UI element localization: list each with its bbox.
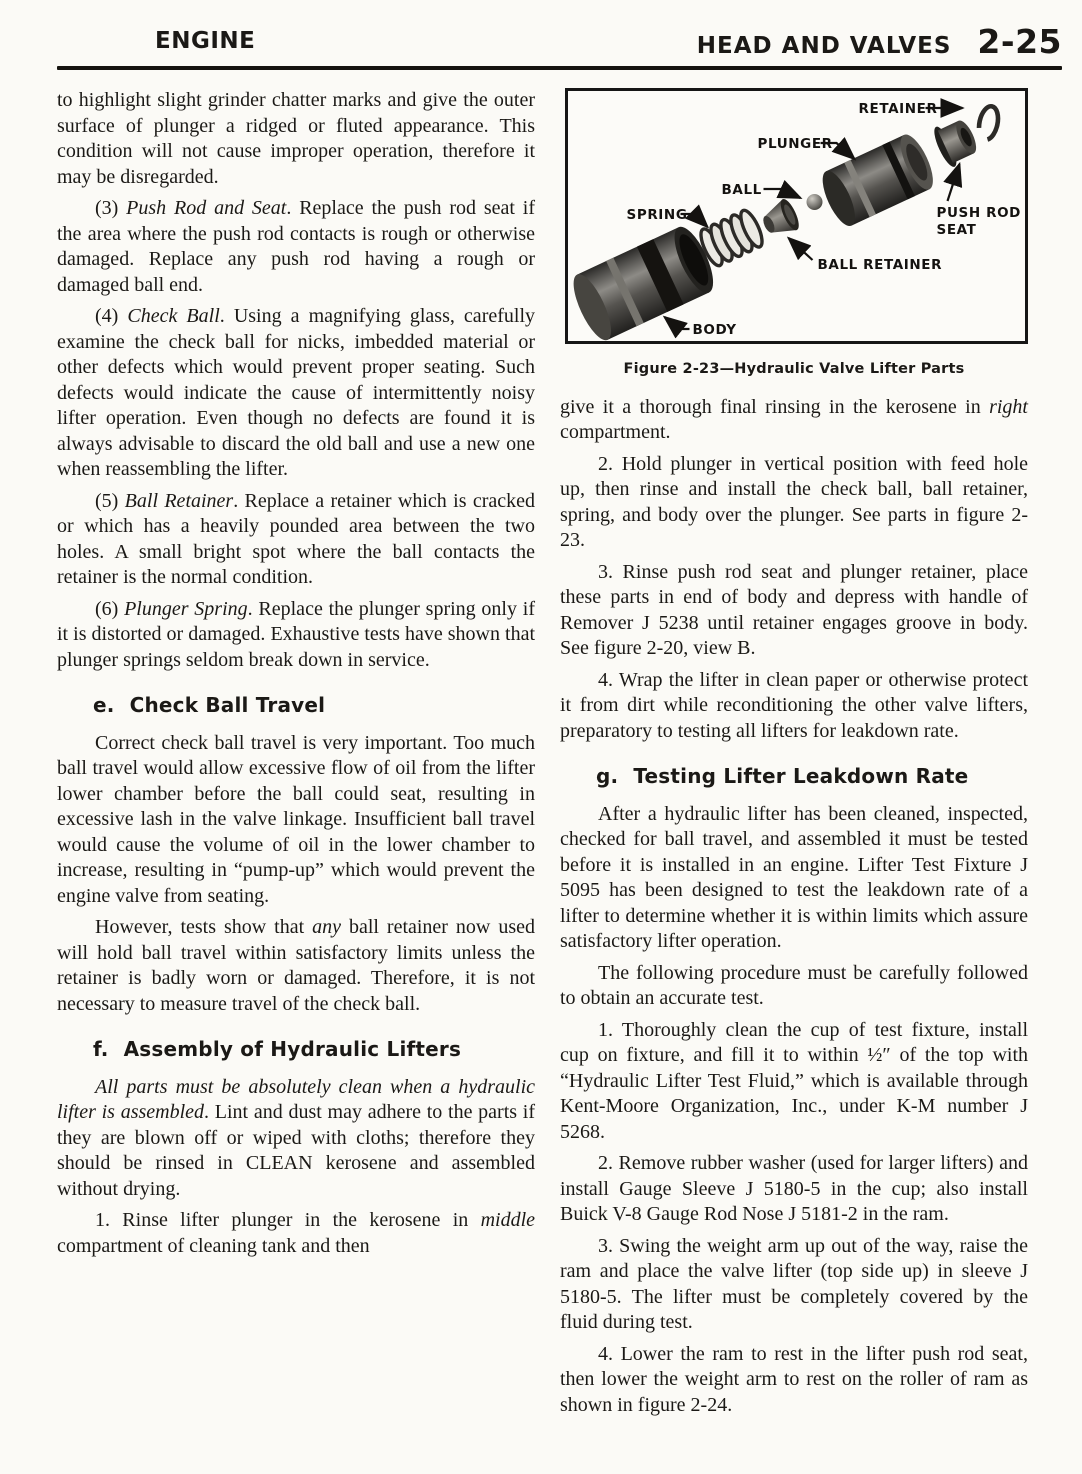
push-rod-seat-part <box>930 114 982 169</box>
header-section-title: ENGINE <box>155 28 255 54</box>
figure-label-seat: SEAT <box>937 222 977 238</box>
paragraph: 4. Lower the ram to rest in the lifter p… <box>560 1342 1028 1419</box>
push-rod-seat-leader-line <box>948 164 960 201</box>
text-run: compartment of cleaning tank and then <box>57 1235 370 1257</box>
section-title: Check Ball Travel <box>130 693 326 717</box>
section-letter: f. <box>93 1037 109 1061</box>
paragraph: 1. Rinse lifter plunger in the kerosene … <box>57 1208 535 1259</box>
figure-label-push-rod: PUSH ROD <box>937 205 1021 221</box>
section-heading: g.Testing Lifter Leakdown Rate <box>596 764 1028 790</box>
figure-label-ball-retainer: BALL RETAINER <box>818 257 943 273</box>
paragraph: give it a thorough final rinsing in the … <box>560 395 1028 446</box>
text-run: to highlight slight grinder chatter mark… <box>57 89 535 188</box>
ball-leader-line <box>764 189 801 198</box>
text-run: (4) <box>95 305 127 327</box>
section-heading: f.Assembly of Hydraulic Lifters <box>93 1037 535 1063</box>
text-run: 2. Remove rubber washer (used for larger… <box>560 1152 1028 1225</box>
paragraph: However, tests show that any ball retain… <box>57 915 535 1017</box>
text-run: (3) <box>95 197 126 219</box>
paragraph: Correct check ball travel is very import… <box>57 731 535 910</box>
paragraph: (3) Push Rod and Seat. Replace the push … <box>57 196 535 298</box>
section-letter: e. <box>93 693 115 717</box>
paragraph: to highlight slight grinder chatter mark… <box>57 88 535 190</box>
right-column-text: give it a thorough final rinsing in the … <box>560 395 1028 1419</box>
paragraph: After a hydraulic lifter has been cleane… <box>560 802 1028 955</box>
text-run: 3. Rinse push rod seat and plunger retai… <box>560 561 1028 660</box>
text-run: However, tests show that <box>95 916 312 938</box>
text-run: (6) <box>95 598 124 620</box>
paragraph: (4) Check Ball. Using a magnifying glass… <box>57 304 535 483</box>
figure-label-spring: SPRING <box>627 207 688 223</box>
text-run: After a hydraulic lifter has been cleane… <box>560 803 1028 953</box>
italic-run: Plunger Spring <box>124 598 248 620</box>
header-page-number: 2-25 <box>977 22 1062 61</box>
text-run: The following procedure must be carefull… <box>560 962 1028 1010</box>
text-run: 4. Lower the ram to rest in the lifter p… <box>560 1343 1028 1416</box>
header-chapter-title: HEAD AND VALVES <box>697 33 952 59</box>
figure-label-ball: BALL <box>722 182 762 198</box>
paragraph: All parts must be absolutely clean when … <box>57 1075 535 1203</box>
italic-run: right <box>989 396 1028 418</box>
paragraph: The following procedure must be carefull… <box>560 961 1028 1012</box>
italic-run: middle <box>481 1209 535 1231</box>
plunger-part <box>816 130 939 230</box>
italic-run: Check Ball <box>127 305 219 327</box>
figure-2-23: RETAINER PLUNGER BALL SPRING PUSH ROD SE… <box>565 88 1028 344</box>
section-letter: g. <box>596 764 618 788</box>
figure-illustration: RETAINER PLUNGER BALL SPRING PUSH ROD SE… <box>568 91 1025 341</box>
text-run: . Using a magnifying glass, carefully ex… <box>57 305 535 480</box>
retainer-ring-part <box>976 105 1001 142</box>
text-run: (5) <box>95 490 125 512</box>
ball-retainer-part <box>758 197 803 242</box>
section-title: Testing Lifter Leakdown Rate <box>633 764 968 788</box>
ball-part <box>807 194 823 210</box>
figure-label-body: BODY <box>693 322 737 338</box>
left-column: to highlight slight grinder chatter mark… <box>57 88 535 1265</box>
paragraph: 2. Hold plunger in vertical position wit… <box>560 452 1028 554</box>
text-run: 3. Swing the weight arm up out of the wa… <box>560 1235 1028 1334</box>
italic-run: Push Rod and Seat <box>126 197 286 219</box>
paragraph: 2. Remove rubber washer (used for larger… <box>560 1151 1028 1228</box>
paragraph: (6) Plunger Spring. Replace the plunger … <box>57 597 535 674</box>
section-heading: e.Check Ball Travel <box>93 693 535 719</box>
text-run: 1. Rinse lifter plunger in the kerosene … <box>95 1209 481 1231</box>
text-run: 2. Hold plunger in vertical position wit… <box>560 453 1028 552</box>
right-column: RETAINER PLUNGER BALL SPRING PUSH ROD SE… <box>560 88 1028 1424</box>
paragraph: 3. Swing the weight arm up out of the wa… <box>560 1234 1028 1336</box>
ball-retainer-leader-line <box>789 238 813 260</box>
text-run: 4. Wrap the lifter in clean paper or oth… <box>560 669 1028 742</box>
text-run: give it a thorough final rinsing in the … <box>560 396 989 418</box>
figure-label-plunger: PLUNGER <box>758 136 833 152</box>
figure-label-retainer: RETAINER <box>859 101 938 117</box>
paragraph: 1. Thoroughly clean the cup of test fixt… <box>560 1018 1028 1146</box>
paragraph: 3. Rinse push rod seat and plunger retai… <box>560 560 1028 662</box>
header-rule <box>57 66 1062 70</box>
text-run: Correct check ball travel is very import… <box>57 732 535 907</box>
manual-page: ENGINE HEAD AND VALVES 2-25 to highlight… <box>0 0 1082 1474</box>
text-run: compartment. <box>560 421 671 443</box>
header-right-group: HEAD AND VALVES 2-25 <box>697 22 1062 61</box>
italic-run: Ball Retainer <box>125 490 234 512</box>
section-title: Assembly of Hydraulic Lifters <box>124 1037 461 1061</box>
body-leader-line <box>665 317 690 329</box>
text-run: 1. Thoroughly clean the cup of test fixt… <box>560 1019 1028 1143</box>
figure-caption: Figure 2-23—Hydraulic Valve Lifter Parts <box>560 357 1028 383</box>
paragraph: (5) Ball Retainer. Replace a retainer wh… <box>57 489 535 591</box>
italic-run: any <box>312 916 341 938</box>
paragraph: 4. Wrap the lifter in clean paper or oth… <box>560 668 1028 745</box>
